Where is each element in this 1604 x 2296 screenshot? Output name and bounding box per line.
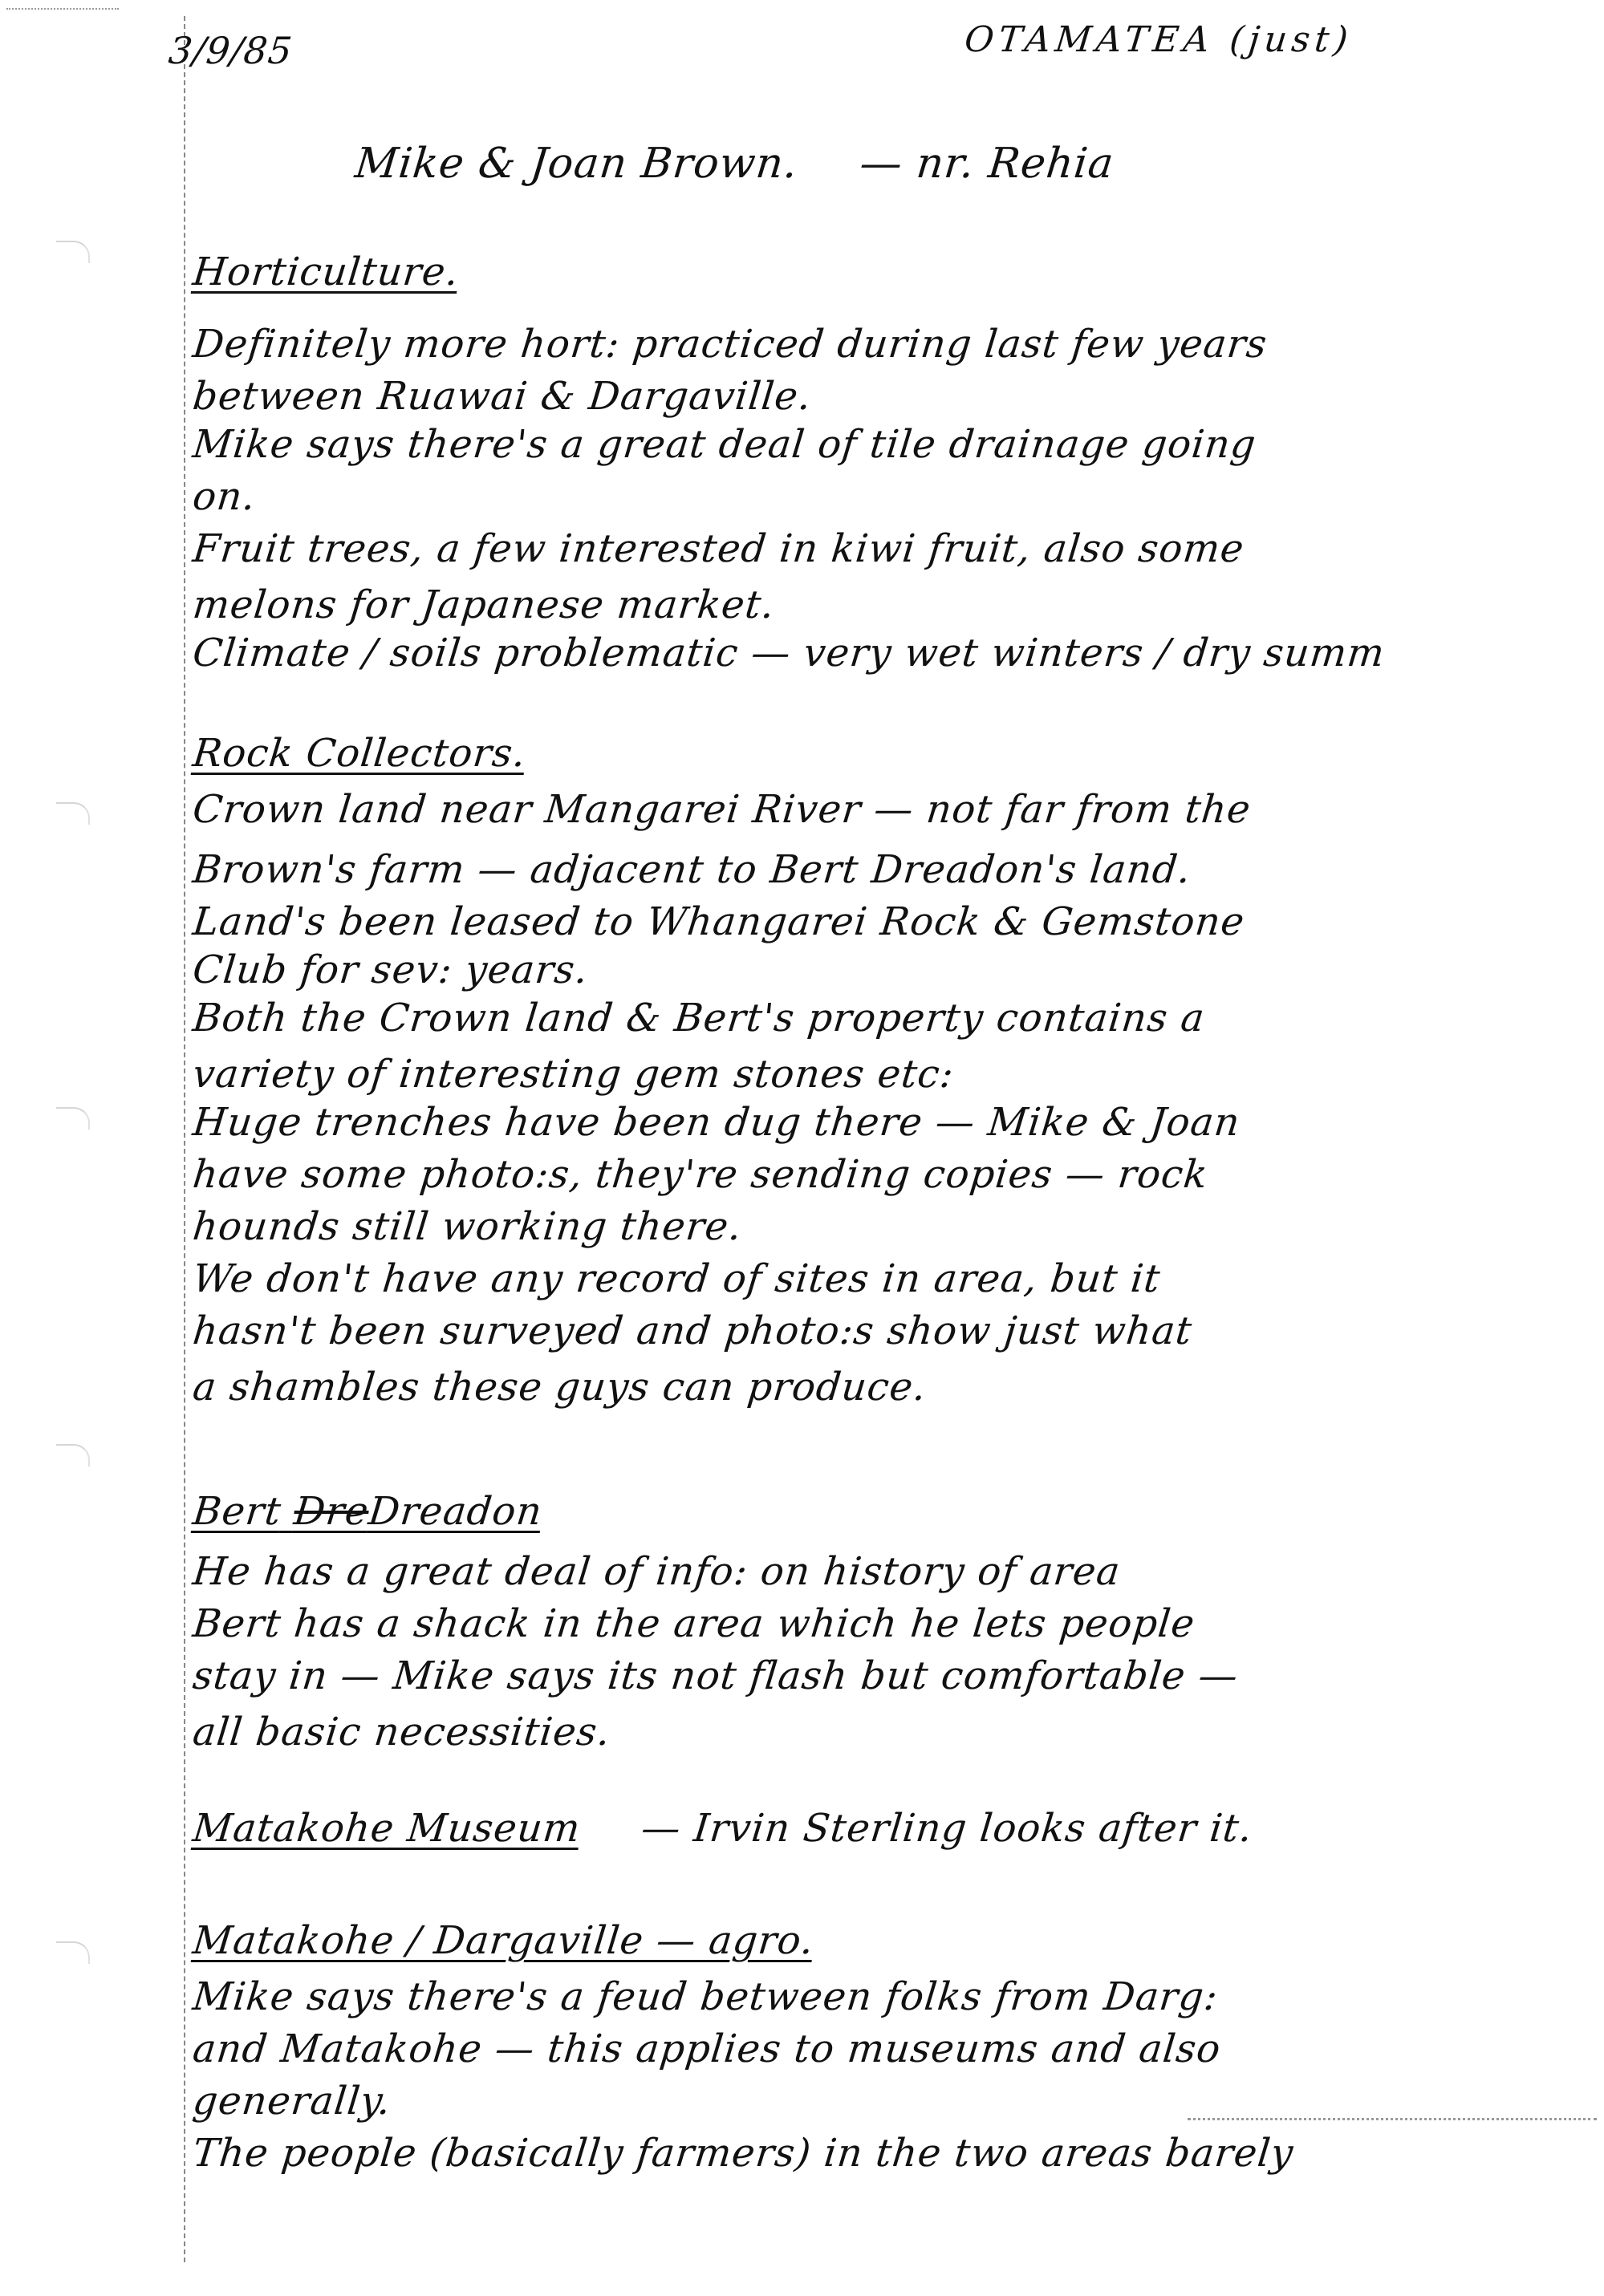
text-line: Mike says there's a great deal of tile d… bbox=[191, 425, 1258, 464]
text-line: Land's been leased to Whangarei Rock & G… bbox=[191, 903, 1247, 941]
museum-note: — Irvin Sterling looks after it. bbox=[640, 1806, 1255, 1851]
text-line: Fruit trees, a few interested in kiwi fr… bbox=[191, 529, 1246, 568]
interviewee-title: Mike & Joan Brown. — nr. Rehia bbox=[353, 143, 1116, 185]
heading-surname: Dreadon bbox=[367, 1489, 545, 1534]
text-line: Both the Crown land & Bert's property co… bbox=[191, 999, 1207, 1037]
text-line: Climate / soils problematic — very wet w… bbox=[191, 634, 1387, 672]
text-line: We don't have any record of sites in are… bbox=[191, 1260, 1163, 1298]
punch-hole-mark bbox=[56, 1941, 90, 1964]
text-line: Mike says there's a feud between folks f… bbox=[191, 1978, 1220, 2016]
punch-hole-mark bbox=[56, 802, 90, 825]
text-line: generally. bbox=[191, 2082, 393, 2120]
scan-artifact bbox=[6, 8, 119, 13]
text-line: Club for sev: years. bbox=[191, 951, 590, 989]
section-heading-rock-collectors: Rock Collectors. bbox=[191, 734, 528, 773]
punch-hole-mark bbox=[56, 1107, 90, 1130]
section-heading-horticulture: Horticulture. bbox=[191, 253, 461, 291]
punch-hole-mark bbox=[56, 1444, 90, 1466]
text-line: hasn't been surveyed and photo:s show ju… bbox=[191, 1312, 1194, 1350]
text-line: Brown's farm — adjacent to Bert Dreadon'… bbox=[191, 850, 1193, 889]
section-heading-bert-dreadon: Bert DreDreadon bbox=[191, 1492, 544, 1531]
text-line: on. bbox=[191, 477, 258, 516]
district-label: OTAMATEA (just) bbox=[963, 22, 1354, 58]
text-line: Crown land near Mangarei River — not far… bbox=[191, 790, 1253, 829]
text-line: have some photo:s, they're sending copie… bbox=[191, 1155, 1210, 1194]
text-line: a shambles these guys can produce. bbox=[191, 1368, 928, 1406]
text-line: He has a great deal of info: on history … bbox=[191, 1552, 1123, 1591]
struck-out-text: Dre bbox=[292, 1489, 372, 1534]
text-line: hounds still working there. bbox=[191, 1207, 744, 1246]
text-line: all basic necessities. bbox=[191, 1713, 612, 1751]
text-line: The people (basically farmers) in the tw… bbox=[191, 2134, 1295, 2172]
text-line: variety of interesting gem stones etc: bbox=[191, 1055, 956, 1093]
interviewees: Mike & Joan Brown. bbox=[353, 140, 801, 188]
text-line: between Ruawai & Dargaville. bbox=[191, 377, 814, 416]
text-line: Definitely more hort: practiced during l… bbox=[191, 325, 1269, 363]
text-line: Bert has a shack in the area which he le… bbox=[191, 1604, 1197, 1643]
note-date: 3/9/85 bbox=[167, 32, 294, 69]
handwritten-notes-page: 3/9/85 OTAMATEA (just) Mike & Joan Brown… bbox=[0, 0, 1604, 2296]
section-heading-matakohe-museum: Matakohe Museum bbox=[191, 1806, 583, 1851]
scan-artifact bbox=[1188, 2118, 1597, 2120]
text-line: stay in — Mike says its not flash but co… bbox=[191, 1657, 1240, 1695]
margin-line bbox=[184, 16, 185, 2262]
location: — nr. Rehia bbox=[858, 140, 1117, 188]
section-heading-matakohe-dargaville: Matakohe / Dargaville — agro. bbox=[191, 1921, 816, 1960]
text-line: Huge trenches have been dug there — Mike… bbox=[191, 1103, 1242, 1142]
text-line: and Matakohe — this applies to museums a… bbox=[191, 2030, 1223, 2068]
punch-hole-mark bbox=[56, 241, 90, 263]
museum-line: Matakohe Museum — Irvin Sterling looks a… bbox=[191, 1809, 1254, 1848]
heading-first-name: Bert bbox=[191, 1489, 284, 1534]
text-line: melons for Japanese market. bbox=[191, 586, 777, 624]
